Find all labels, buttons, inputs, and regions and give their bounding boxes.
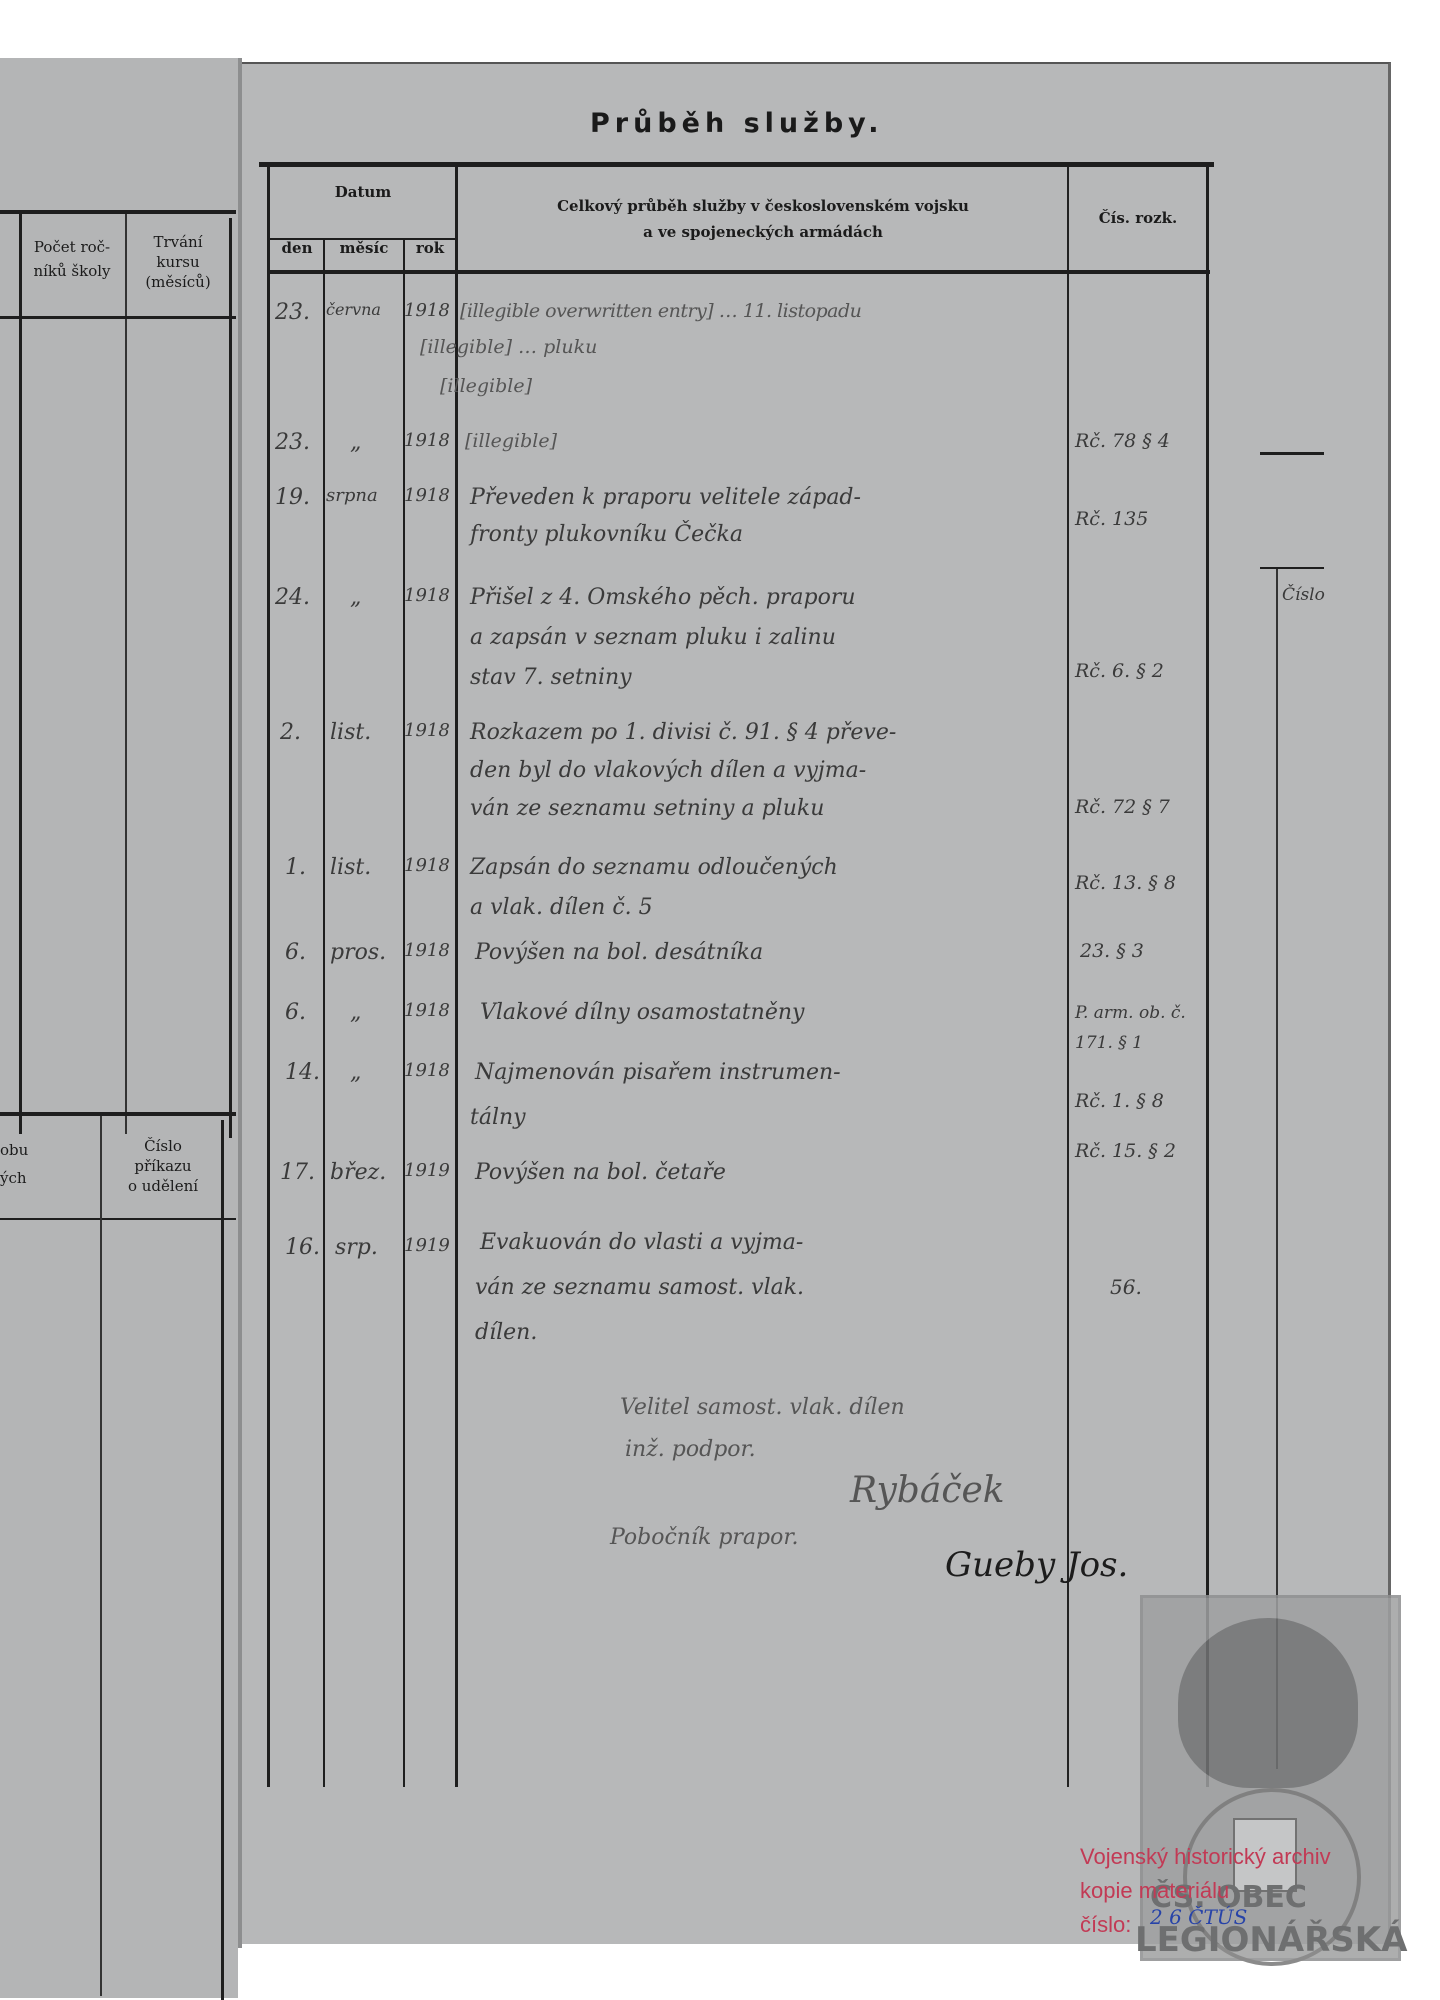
table-top-rule bbox=[259, 162, 1214, 167]
text-rozkaz-divider bbox=[1067, 167, 1069, 1787]
entry-text-line: [illegible overwritten entry] … 11. list… bbox=[460, 300, 861, 322]
page-title: Průběh služby. bbox=[590, 108, 884, 139]
entry-rok: 1918 bbox=[404, 585, 450, 606]
entry-mesic: srpna bbox=[326, 485, 378, 506]
entry-mesic: list. bbox=[330, 855, 371, 880]
entry-text-line: Evakuován do vlasti a vyjma- bbox=[480, 1230, 803, 1255]
header-trvani-kursu: Trvání kursu (měsíců) bbox=[128, 232, 228, 292]
header-mesic: měsíc bbox=[325, 236, 403, 260]
entry-den: 6. bbox=[285, 1000, 306, 1025]
header-fragment-2: ých bbox=[0, 1166, 30, 1190]
entry-order-number: P. arm. ob. č. 171. § 1 bbox=[1075, 998, 1215, 1058]
entry-text-line: den byl do vlakových dílen a vyjma- bbox=[470, 758, 866, 783]
entry-den: 16. bbox=[285, 1235, 320, 1260]
left-lower-table-top-rule bbox=[0, 1112, 236, 1116]
entry-rok: 1918 bbox=[404, 855, 450, 876]
entry-text-line: fronty plukovníku Čečka bbox=[470, 522, 743, 547]
entry-mesic: břez. bbox=[330, 1160, 386, 1185]
entry-rok: 1918 bbox=[404, 300, 450, 321]
left-upper-header-rule bbox=[0, 316, 236, 319]
entry-text-line: stav 7. setniny bbox=[470, 665, 632, 690]
left-lower-right-border bbox=[221, 1120, 224, 2000]
entry-mesic: června bbox=[326, 300, 381, 319]
entry-text-line: ván ze seznamu samost. vlak. bbox=[475, 1275, 804, 1300]
right-strip-label: Číslo bbox=[1282, 585, 1325, 605]
entry-den: 19. bbox=[275, 485, 310, 510]
entry-den: 1. bbox=[285, 855, 306, 880]
entry-text-line: dílen. bbox=[475, 1320, 537, 1345]
adjutant-title: Pobočník prapor. bbox=[610, 1525, 798, 1550]
right-strip-rule-2 bbox=[1260, 567, 1324, 569]
entry-mesic: list. bbox=[330, 720, 371, 745]
header-fragment-1: obu bbox=[0, 1138, 30, 1162]
entry-text-line: Převeden k praporu velitele západ- bbox=[470, 485, 861, 510]
entry-rok: 1918 bbox=[404, 1000, 450, 1021]
entry-text-line: a vlak. dílen č. 5 bbox=[470, 895, 653, 920]
entry-text-line: Povýšen na bol. desátníka bbox=[475, 940, 763, 965]
entry-den: 14. bbox=[285, 1060, 320, 1085]
commander-title-line1: Velitel samost. vlak. dílen bbox=[620, 1395, 905, 1420]
entry-text-line: a zapsán v seznam pluku i zalinu bbox=[470, 625, 836, 650]
header-description-line1: Celkový průběh služby v československém … bbox=[458, 194, 1068, 218]
archive-stamp-line3: číslo: bbox=[1080, 1908, 1131, 1942]
header-datum: Datum bbox=[270, 180, 456, 204]
entry-text-line: [illegible] bbox=[465, 430, 557, 452]
table-right-border bbox=[1206, 167, 1209, 1787]
archive-handwritten-number: 2 6 ČTÚS bbox=[1150, 1905, 1247, 1929]
entry-rok: 1918 bbox=[404, 485, 450, 506]
entry-order-number: Rč. 6. § 2 bbox=[1075, 660, 1164, 682]
entry-rok: 1918 bbox=[404, 1060, 450, 1081]
entry-order-number: Rč. 1. § 8 bbox=[1075, 1090, 1164, 1112]
entry-order-number: 56. bbox=[1110, 1275, 1142, 1299]
entry-text-line: Rozkazem po 1. divisi č. 91. § 4 převe- bbox=[470, 720, 896, 745]
entry-rok: 1918 bbox=[404, 720, 450, 741]
archive-stamp-line1: Vojenský historický archiv bbox=[1080, 1840, 1331, 1874]
left-lower-column-divider bbox=[100, 1116, 102, 1996]
entry-rok: 1919 bbox=[404, 1235, 450, 1256]
archive-stamp-line2: kopie materiálu bbox=[1080, 1874, 1229, 1908]
entry-rok: 1919 bbox=[404, 1160, 450, 1181]
entry-order-number: Rč. 13. § 8 bbox=[1075, 872, 1176, 894]
entry-text-line: Povýšen na bol. četaře bbox=[475, 1160, 726, 1185]
header-description-line2: a ve spojeneckých armádách bbox=[458, 220, 1068, 244]
left-page bbox=[0, 58, 238, 1998]
entry-order-number: Rč. 15. § 2 bbox=[1075, 1140, 1176, 1162]
page-fold bbox=[238, 58, 242, 1948]
commander-signature: Rybáček bbox=[850, 1470, 1005, 1511]
entry-mesic: „ bbox=[350, 1000, 361, 1025]
entry-rok: 1918 bbox=[404, 430, 450, 451]
datum-text-divider bbox=[455, 167, 458, 1787]
header-rok: rok bbox=[405, 236, 455, 260]
entry-text-line: Přišel z 4. Omského pěch. praporu bbox=[470, 585, 856, 610]
left-table-border bbox=[19, 214, 22, 1134]
entry-mesic: „ bbox=[350, 430, 361, 455]
entry-text-line: Vlakové dílny osamostatněny bbox=[480, 1000, 804, 1025]
entry-order-number: Rč. 78 § 4 bbox=[1075, 430, 1170, 452]
entry-den: 23. bbox=[275, 430, 310, 455]
left-column-divider bbox=[125, 214, 127, 1134]
entry-text-line: Najmenován pisařem instrumen- bbox=[475, 1060, 841, 1085]
entry-den: 6. bbox=[285, 940, 306, 965]
right-strip-divider bbox=[1276, 569, 1278, 1769]
entry-den: 23. bbox=[275, 300, 310, 325]
header-order-number: Čís. rozk. bbox=[1070, 206, 1206, 230]
entry-text-line: Zapsán do seznamu odloučených bbox=[470, 855, 838, 880]
table-left-border bbox=[267, 167, 270, 1787]
entry-text-line: ván ze seznamu setniny a pluku bbox=[470, 796, 824, 821]
header-cislo-prikazu: Číslo příkazu o udělení bbox=[110, 1136, 216, 1196]
entry-order-number: 23. § 3 bbox=[1080, 940, 1144, 962]
left-upper-table-top-rule bbox=[0, 210, 236, 214]
entry-mesic: srp. bbox=[335, 1235, 378, 1260]
entry-text-line: [illegible] bbox=[440, 375, 532, 397]
entry-text-line: [illegible] … pluku bbox=[420, 336, 597, 358]
right-strip-rule bbox=[1260, 452, 1324, 455]
entry-order-number: Rč. 135 bbox=[1075, 508, 1148, 530]
entry-den: 2. bbox=[280, 720, 301, 745]
left-lower-header-rule bbox=[0, 1218, 236, 1220]
entry-mesic: „ bbox=[350, 585, 361, 610]
entry-den: 24. bbox=[275, 585, 310, 610]
entry-mesic: pros. bbox=[330, 940, 386, 965]
adjutant-signature: Gueby Jos. bbox=[945, 1545, 1128, 1585]
entry-mesic: „ bbox=[350, 1060, 361, 1085]
header-bottom-rule bbox=[270, 270, 1210, 274]
entry-den: 17. bbox=[280, 1160, 315, 1185]
legionnaire-head-icon bbox=[1178, 1618, 1358, 1788]
den-mesic-divider bbox=[323, 240, 325, 1787]
entry-text-line: tálny bbox=[470, 1105, 526, 1130]
header-pocet-rocniku: Počet roč- níků školy bbox=[22, 235, 122, 283]
entry-rok: 1918 bbox=[404, 940, 450, 961]
header-den: den bbox=[270, 236, 324, 260]
commander-title-line2: inž. podpor. bbox=[625, 1437, 756, 1462]
entry-order-number: Rč. 72 § 7 bbox=[1075, 796, 1170, 818]
left-table-right-border bbox=[229, 218, 232, 1138]
